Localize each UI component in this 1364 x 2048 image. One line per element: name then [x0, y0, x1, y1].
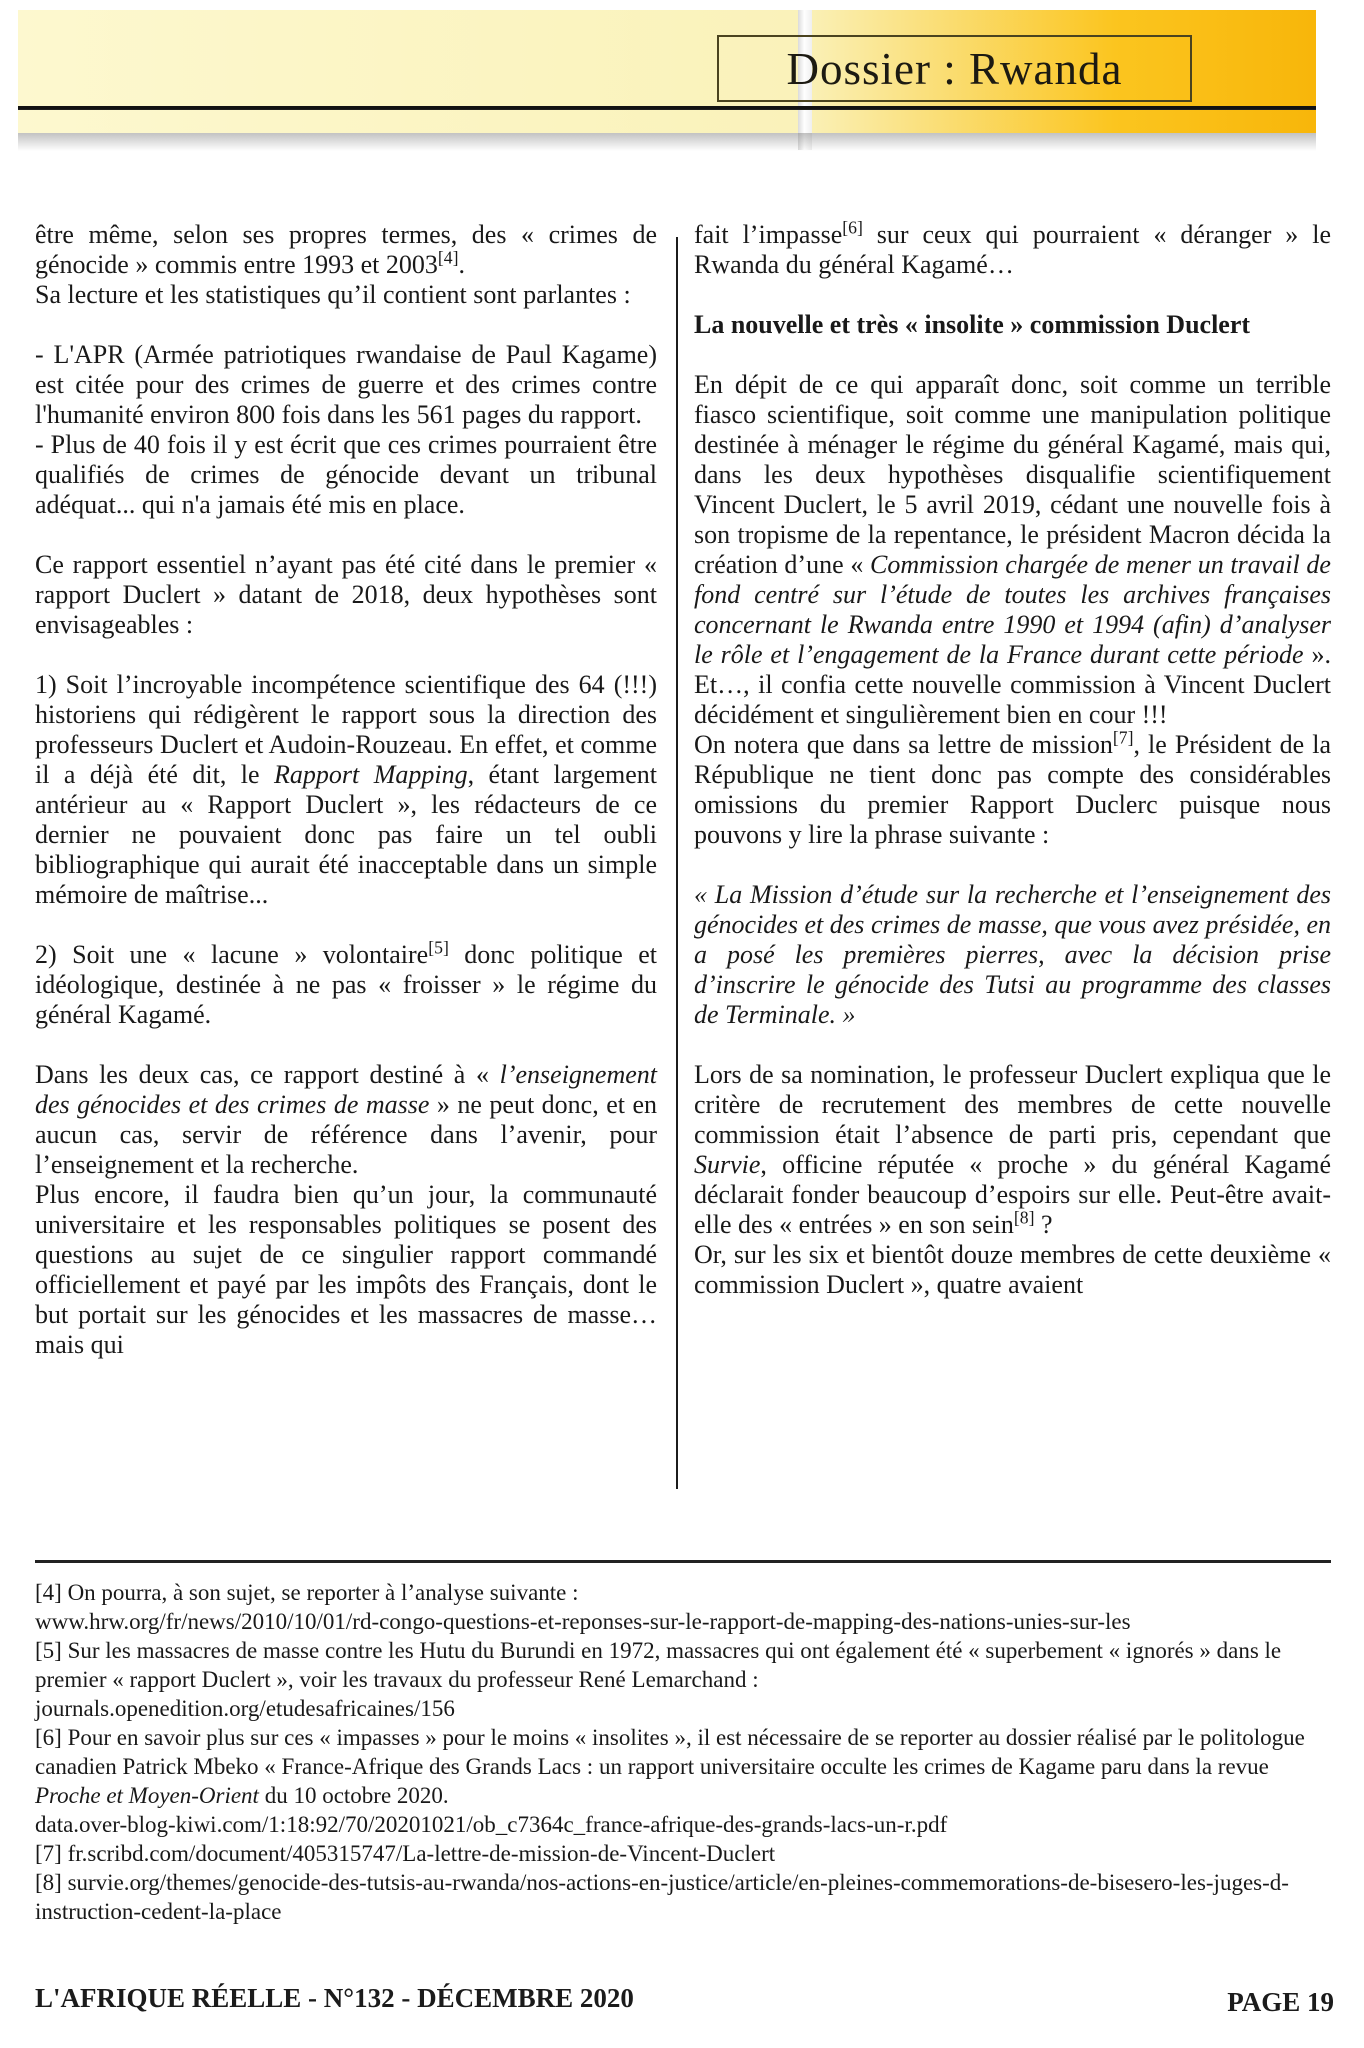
- footnote-reference: [6]: [842, 217, 863, 237]
- paragraph: 2) Soit une « lacune » volontaire[5] don…: [35, 940, 657, 1030]
- footnote: data.over-blog-kiwi.com/1:18:92/70/20201…: [35, 1810, 1337, 1839]
- paragraph: être même, selon ses propres termes, des…: [35, 220, 657, 280]
- paragraph: En dépit de ce qui apparaît donc, soit c…: [694, 370, 1331, 730]
- text-run: ?: [1034, 1210, 1052, 1239]
- banner-rule: [18, 106, 1316, 110]
- column-left: être même, selon ses propres termes, des…: [35, 220, 657, 1360]
- text-run: « La Mission d’étude sur la recherche et…: [694, 880, 1331, 1029]
- footnote-reference: [4]: [438, 247, 459, 267]
- text-run: Proche et Moyen-Orient: [35, 1783, 259, 1808]
- footnote: [5] Sur les massacres de masse contre le…: [35, 1636, 1337, 1694]
- footnote: [6] Pour en savoir plus sur ces « impass…: [35, 1723, 1337, 1810]
- paragraph: - Plus de 40 fois il y est écrit que ces…: [35, 430, 657, 520]
- footnote-rule: [35, 1560, 1331, 1563]
- footnotes: [4] On pourra, à son sujet, se reporter …: [35, 1578, 1337, 1926]
- column-right: fait l’impasse[6] sur ceux qui pourraien…: [694, 220, 1331, 1300]
- paragraph: Ce rapport essentiel n’ayant pas été cit…: [35, 550, 657, 640]
- paragraph: La nouvelle et très « insolite » commiss…: [694, 310, 1331, 340]
- text-run: être même, selon ses propres termes, des…: [35, 220, 657, 279]
- footnote-reference: [7]: [1113, 727, 1134, 747]
- text-run: - L'APR (Armée patriotiques rwandaise de…: [35, 340, 657, 429]
- text-run: Rapport Mapping: [274, 760, 468, 789]
- text-run: Plus encore, il faudra bien qu’un jour, …: [35, 1180, 657, 1359]
- text-run: du 10 octobre 2020.: [259, 1783, 449, 1808]
- text-run: Ce rapport essentiel n’ayant pas été cit…: [35, 550, 657, 639]
- paragraph: Lors de sa nomination, le professeur Duc…: [694, 1060, 1331, 1240]
- column-divider: [676, 237, 678, 1489]
- text-run: www.hrw.org/fr/news/2010/10/01/rd-congo-…: [35, 1609, 1131, 1634]
- paragraph: Or, sur les six et bientôt douze membres…: [694, 1240, 1331, 1300]
- text-run: .: [459, 250, 466, 279]
- paragraph: fait l’impasse[6] sur ceux qui pourraien…: [694, 220, 1331, 280]
- paragraph: - L'APR (Armée patriotiques rwandaise de…: [35, 340, 657, 430]
- text-run: 2) Soit une « lacune » volontaire: [35, 940, 428, 969]
- text-run: Or, sur les six et bientôt douze membres…: [694, 1240, 1331, 1299]
- footnote: journals.openedition.org/etudesafricaine…: [35, 1694, 1337, 1723]
- text-run: [5] Sur les massacres de masse contre le…: [35, 1638, 1281, 1692]
- footnote-reference: [5]: [428, 937, 449, 957]
- text-run: En dépit de ce qui apparaît donc, soit c…: [694, 370, 1331, 579]
- text-run: [7] fr.scribd.com/document/405315747/La-…: [35, 1841, 775, 1866]
- paragraph: Plus encore, il faudra bien qu’un jour, …: [35, 1180, 657, 1360]
- paragraph: Dans les deux cas, ce rapport destiné à …: [35, 1060, 657, 1180]
- dossier-title-box: Dossier : Rwanda: [717, 35, 1192, 102]
- text-run: fait l’impasse: [694, 220, 842, 249]
- footer-journal-title: L'AFRIQUE RÉELLE - N°132 - DÉCEMBRE 2020: [35, 1983, 634, 2014]
- text-run: , officine réputée « proche » du général…: [694, 1150, 1331, 1239]
- text-run: Dans les deux cas, ce rapport destiné à …: [35, 1060, 500, 1089]
- text-run: Lors de sa nomination, le professeur Duc…: [694, 1060, 1331, 1149]
- dossier-title: Dossier : Rwanda: [787, 43, 1123, 95]
- banner-shadow: [18, 133, 1316, 151]
- text-run: [6] Pour en savoir plus sur ces « impass…: [35, 1725, 1305, 1779]
- text-run: On notera que dans sa lettre de mission: [694, 730, 1113, 759]
- paragraph: On notera que dans sa lettre de mission[…: [694, 730, 1331, 850]
- banner-left-panel: [18, 10, 798, 133]
- footnote: www.hrw.org/fr/news/2010/10/01/rd-congo-…: [35, 1607, 1337, 1636]
- footer-page-number: PAGE 19: [1227, 1987, 1334, 2018]
- text-run: [4] On pourra, à son sujet, se reporter …: [35, 1580, 579, 1605]
- text-run: La nouvelle et très « insolite » commiss…: [694, 310, 1250, 339]
- footnote: [7] fr.scribd.com/document/405315747/La-…: [35, 1839, 1337, 1868]
- text-run: journals.openedition.org/etudesafricaine…: [35, 1696, 455, 1721]
- text-run: [8] survie.org/themes/genocide-des-tutsi…: [35, 1870, 1289, 1924]
- text-run: data.over-blog-kiwi.com/1:18:92/70/20201…: [35, 1812, 947, 1837]
- paragraph: 1) Soit l’incroyable incompétence scient…: [35, 670, 657, 910]
- text-run: Sa lecture et les statistiques qu’il con…: [35, 280, 631, 309]
- paragraph: « La Mission d’étude sur la recherche et…: [694, 880, 1331, 1030]
- text-run: - Plus de 40 fois il y est écrit que ces…: [35, 430, 657, 519]
- paragraph: Sa lecture et les statistiques qu’il con…: [35, 280, 657, 310]
- footnote: [4] On pourra, à son sujet, se reporter …: [35, 1578, 1337, 1607]
- text-run: Survie: [694, 1150, 760, 1179]
- footnote: [8] survie.org/themes/genocide-des-tutsi…: [35, 1868, 1337, 1926]
- page: { "banner": { "title": "Dossier : Rwanda…: [0, 0, 1364, 2048]
- footnote-reference: [8]: [1014, 1207, 1035, 1227]
